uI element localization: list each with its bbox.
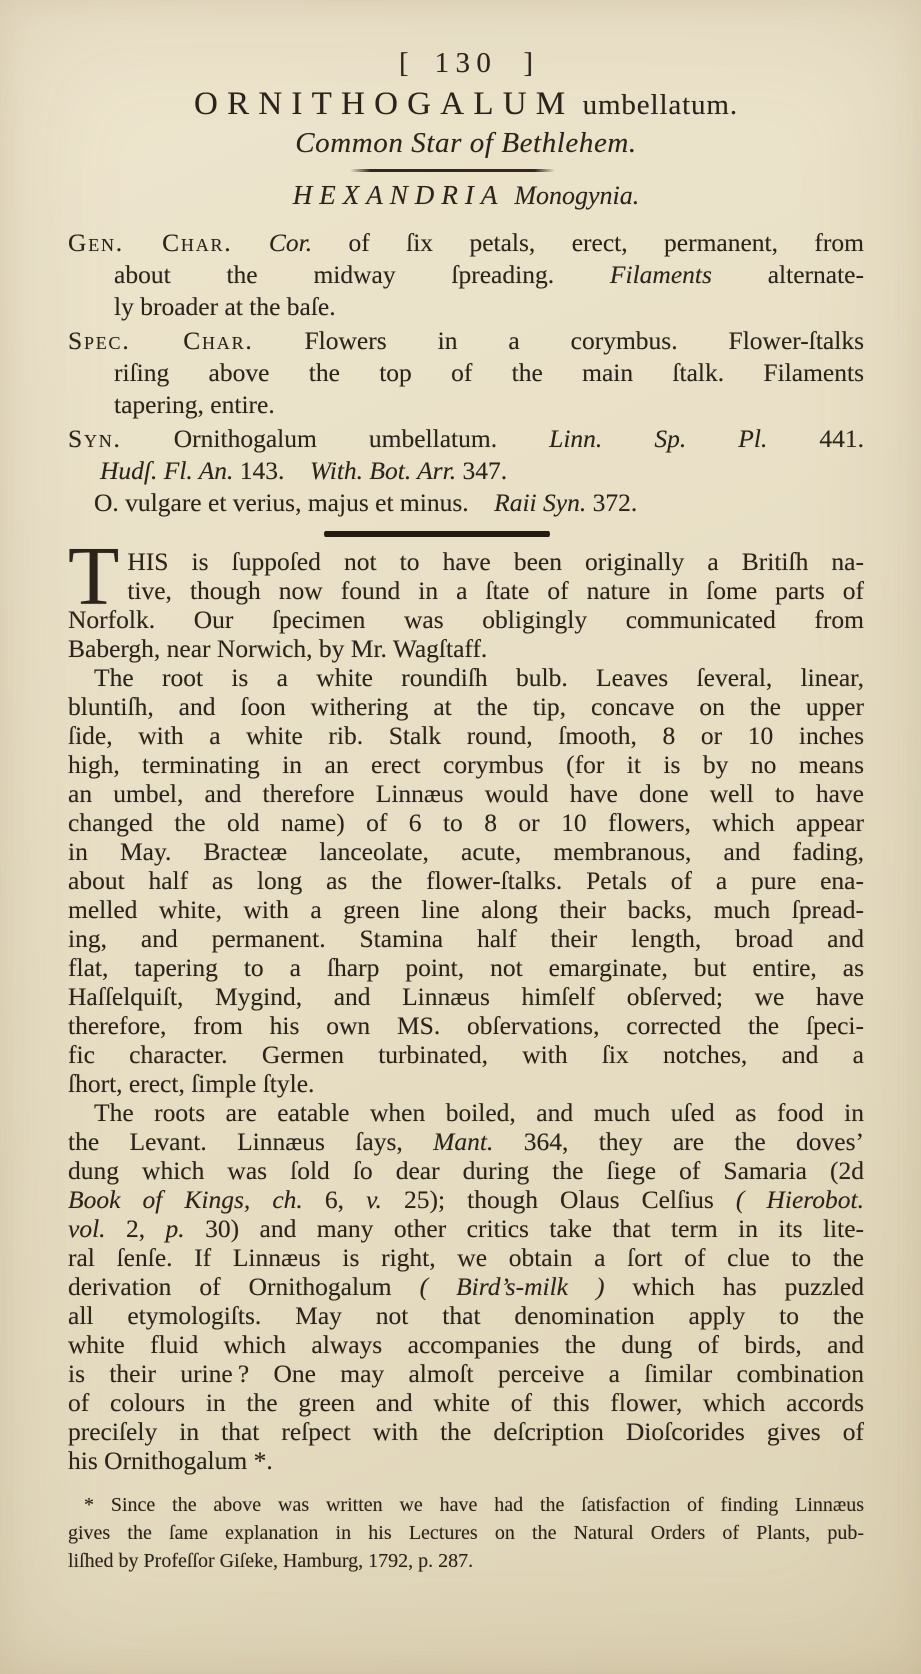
text-line: ing, and permanent. Stamina half their l…	[68, 924, 864, 953]
text-line: an umbel, and therefore Linnæus would ha…	[68, 779, 864, 808]
text-line: ly broader at the baſe.	[68, 291, 864, 323]
genus-name: ORNITHOGALUM	[194, 86, 574, 122]
book-page: [130] ORNITHOGALUM umbellatum. Common St…	[0, 0, 921, 1674]
bracket-left: [	[399, 47, 409, 79]
page-number: [130]	[68, 46, 864, 80]
linnaean-order: Monogynia.	[514, 181, 639, 210]
intro-paragraph: THIS is ſuppoſed not to have been origin…	[68, 547, 864, 663]
text-line: ral ſenſe. If Linnæus is right, we obtai…	[68, 1243, 864, 1272]
synonyms-paragraph: Syn. Ornithogalum umbellatum. Linn. Sp. …	[68, 423, 864, 519]
text-line: Norfolk. Our ſpecimen was obligingly com…	[68, 605, 864, 634]
page-body: Gen. Char. Cor. of ſix petals, erect, pe…	[68, 227, 864, 1575]
gen-char-paragraph: Gen. Char. Cor. of ſix petals, erect, pe…	[68, 227, 864, 323]
text-line: the Levant. Linnæus ſays, Mant. 364, the…	[68, 1127, 864, 1156]
text-line: flat, tapering to a ſharp point, not ema…	[68, 953, 864, 982]
description-paragraph: The root is a white roundiſh bulb. Leave…	[68, 663, 864, 1098]
text-line: bluntiſh, and ſoon withering at the tip,…	[68, 692, 864, 721]
divider-rule-thin	[350, 169, 555, 172]
text-line: gives the ſame explanation in his Lectur…	[68, 1519, 864, 1547]
text-line: white fluid which always accompanies the…	[68, 1330, 864, 1359]
text-line: is their urine ? One may almoſt perceive…	[68, 1359, 864, 1388]
text-line: ſhort, erect, ſimple ſtyle.	[68, 1069, 864, 1098]
text-line: * Since the above was written we have ha…	[68, 1491, 864, 1519]
text-line: Hudſ. Fl. An. 143. With. Bot. Arr. 347.	[68, 455, 864, 487]
text-line: about half as long as the flower-ſtalks.…	[68, 866, 864, 895]
text-line: tapering, entire.	[68, 389, 864, 421]
species-epithet: umbellatum.	[583, 89, 738, 121]
text-line: Haſſelquiſt, Mygind, and Linnæus himſelf…	[68, 982, 864, 1011]
spec-char-paragraph: Spec. Char. Flowers in a corymbus. Flowe…	[68, 325, 864, 421]
text-line: riſing above the top of the main ſtalk. …	[68, 357, 864, 389]
text-line: O. vulgare et verius, majus et minus. Ra…	[68, 487, 864, 519]
text-line: The roots are eatable when boiled, and m…	[68, 1098, 864, 1127]
drop-cap-letter: T	[68, 549, 119, 604]
bracket-right: ]	[523, 47, 533, 79]
text-line: therefore, from his own MS. obſervations…	[68, 1011, 864, 1040]
text-line: high, terminating in an erect corymbus (…	[68, 750, 864, 779]
text-line: about the midway ſpreading. Filaments al…	[68, 259, 864, 291]
text-line: ſide, with a white rib. Stalk round, ſmo…	[68, 721, 864, 750]
text-line: melled white, with a green line along th…	[68, 895, 864, 924]
etymology-paragraph: The roots are eatable when boiled, and m…	[68, 1098, 864, 1475]
folio-number: 130	[435, 47, 498, 79]
page-header: [130] ORNITHOGALUM umbellatum. Common St…	[68, 46, 864, 213]
text-line: liſhed by Profeſſor Giſeke, Hamburg, 179…	[68, 1547, 864, 1575]
divider-rule-thick	[324, 531, 550, 537]
text-line: dung which was ſold ſo dear during the ſ…	[68, 1156, 864, 1185]
text-line: preciſely in that reſpect with the deſcr…	[68, 1417, 864, 1446]
text-line: his Ornithogalum *.	[68, 1446, 864, 1475]
common-name: Common Star of Bethlehem.	[68, 125, 864, 161]
text-line: Syn. Ornithogalum umbellatum. Linn. Sp. …	[68, 423, 864, 455]
species-title: ORNITHOGALUM umbellatum.	[68, 84, 864, 125]
linnaean-class: HEXANDRIA	[293, 180, 505, 210]
text-line: vol. 2, p. 30) and many other critics ta…	[68, 1214, 864, 1243]
classification-line: HEXANDRIAMonogynia.	[68, 178, 864, 213]
text-line: fic character. Germen turbinated, with ſ…	[68, 1040, 864, 1069]
text-line: Book of Kings, ch. 6, v. 25); though Ola…	[68, 1185, 864, 1214]
text-line: changed the old name) of 6 to 8 or 10 fl…	[68, 808, 864, 837]
text-line: The root is a white roundiſh bulb. Leave…	[68, 663, 864, 692]
text-line: tive, though now found in a ſtate of nat…	[68, 576, 864, 605]
text-line: all etymologiſts. May not that denominat…	[68, 1301, 864, 1330]
text-line: of colours in the green and white of thi…	[68, 1388, 864, 1417]
text-line: in May. Bracteæ lanceolate, acute, membr…	[68, 837, 864, 866]
text-line: Babergh, near Norwich, by Mr. Wagſtaff.	[68, 634, 864, 663]
footnote: * Since the above was written we have ha…	[68, 1491, 864, 1575]
text-line: derivation of Ornithogalum ( Bird’s-milk…	[68, 1272, 864, 1301]
text-line: Gen. Char. Cor. of ſix petals, erect, pe…	[68, 227, 864, 259]
text-line: HIS is ſuppoſed not to have been origina…	[68, 547, 864, 576]
text-line: Spec. Char. Flowers in a corymbus. Flowe…	[68, 325, 864, 357]
